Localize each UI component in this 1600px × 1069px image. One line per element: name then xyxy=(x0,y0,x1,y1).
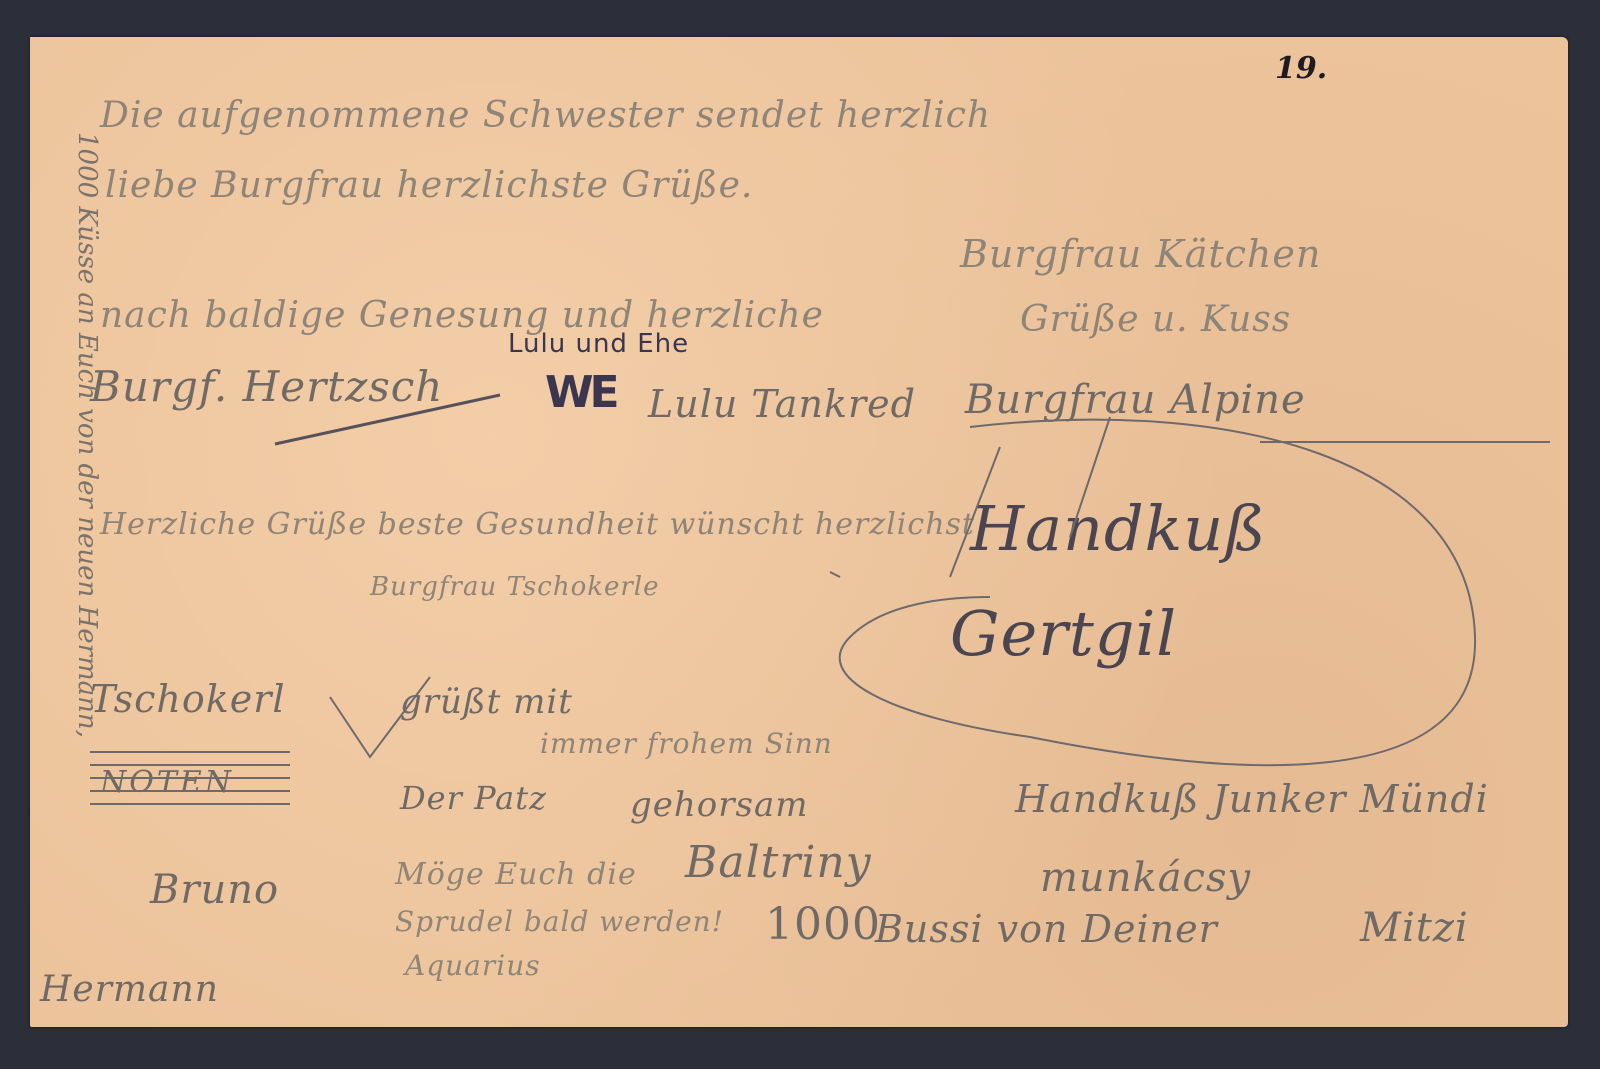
postcard: 19. Die aufgenommene Schwester sendet he… xyxy=(30,37,1568,1027)
pencil-strokes xyxy=(30,37,1568,1027)
